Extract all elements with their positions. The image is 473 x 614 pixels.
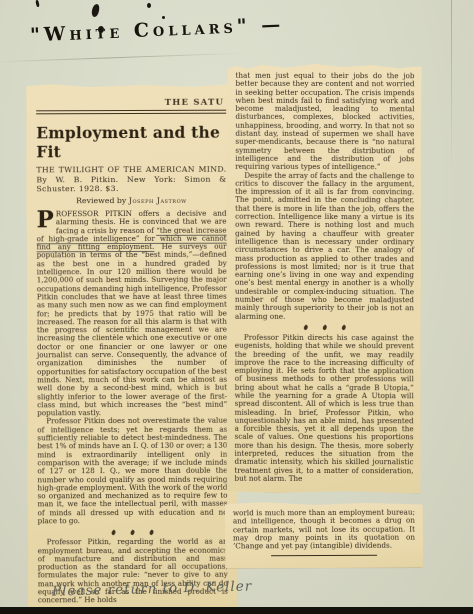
- handwritten-title: "White Collars" —: [30, 13, 285, 46]
- masthead-fragment: THE SATU: [36, 98, 226, 109]
- paragraph: that men just equal to their jobs do the…: [235, 72, 414, 172]
- scan-edge: [0, 607, 473, 614]
- fleuron-icon: [340, 325, 347, 331]
- paragraph: Professor Pitkin directs his case agains…: [234, 334, 413, 484]
- masthead-rule: [36, 110, 226, 115]
- fleuron-icon: [129, 529, 136, 535]
- paragraph: Despite the array of facts and the chall…: [235, 171, 414, 321]
- clipping-left-column: THE SATU Employment and the Fit THE TWIL…: [26, 84, 238, 614]
- article-end-rule: [271, 556, 377, 557]
- section-divider: [38, 528, 228, 537]
- clipping-closing-fragment: world is much more than an employment bu…: [225, 502, 423, 569]
- fleuron-icon: [148, 529, 155, 535]
- paragraph-text: He surveys our population in terms of th…: [37, 242, 228, 418]
- section-divider: [235, 324, 414, 332]
- paragraph: world is much more than an employment bu…: [233, 509, 415, 551]
- ink-dot-icon: [147, 3, 151, 8]
- book-citation: THE TWILIGHT OF THE AMERICAN MIND. By W.…: [36, 165, 226, 193]
- right-column-group: that men just equal to their jobs do the…: [227, 64, 421, 569]
- drop-cap: P: [37, 210, 56, 229]
- reviewer-name: Joseph Jastrow: [129, 196, 187, 205]
- reviewer-prefix: Reviewed by: [76, 196, 129, 205]
- ink-smudge-icon: [91, 4, 100, 18]
- article-title: Employment and the Fit: [36, 123, 226, 162]
- paper-crease-vertical: [451, 0, 452, 175]
- paragraph: Professor Pitkin does not overestimate t…: [37, 417, 227, 526]
- clipping-right-column: that men just equal to their jobs do the…: [226, 64, 421, 494]
- fleuron-icon: [321, 325, 328, 331]
- paragraph: PROFESSOR PITKIN offers a decisive and a…: [37, 210, 228, 418]
- fleuron-icon: [110, 529, 117, 535]
- paper-crease-horizontal: [0, 53, 246, 63]
- scrapbook-page: "White Collars" — THE SATU Employment an…: [0, 0, 473, 614]
- ink-smudge-icon: [35, 0, 39, 7]
- reviewer-byline: Reviewed by Joseph Jastrow: [36, 196, 226, 206]
- fleuron-icon: [302, 325, 309, 331]
